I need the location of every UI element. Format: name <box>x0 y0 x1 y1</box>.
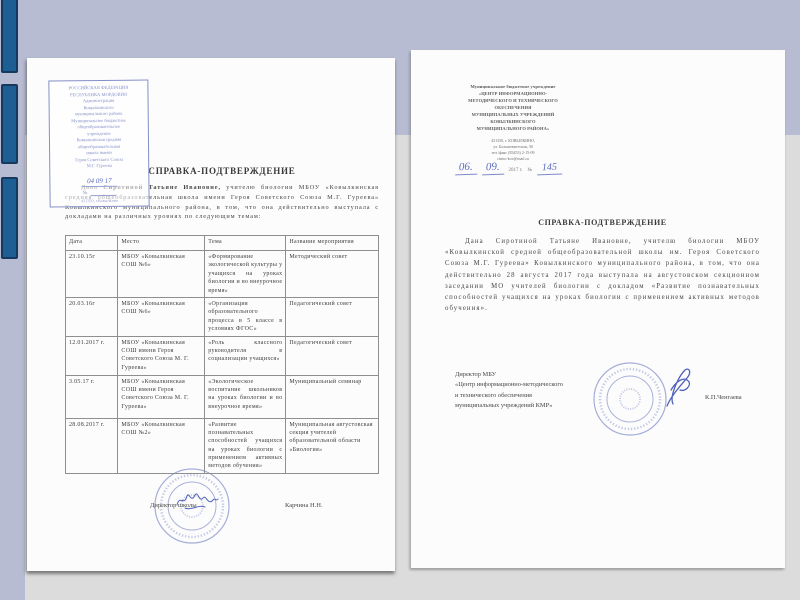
presentation-slide: РОССИЙСКАЯ ФЕДЕРАЦИЯ РЕСПУБЛИКА МОРДОВИЯ… <box>0 0 800 600</box>
table-cell: МБОУ «Ковылкинская СОШ имени Героя Совет… <box>118 375 205 418</box>
table-cell: 28.08.2017 г. <box>66 418 118 473</box>
accent-bar <box>1 84 18 164</box>
signature-role-block: Директор МБУ «Центр информационно-методи… <box>455 370 563 412</box>
reports-table: ДатаМестоТемаНазвание мероприятия23.10.1… <box>65 235 379 474</box>
table-cell: «Экологическое воспитание школьников на … <box>205 375 286 418</box>
table-header-row: ДатаМестоТемаНазвание мероприятия <box>66 236 379 251</box>
table-cell: МБОУ «Ковылкинская СОШ №2» <box>118 418 205 473</box>
table-cell: МБОУ «Ковылкинская СОШ имени Героя Совет… <box>118 336 205 375</box>
table-row: 28.08.2017 г.МБОУ «Ковылкинская СОШ №2»«… <box>66 418 379 473</box>
stamp-text: РОССИЙСКАЯ ФЕДЕРАЦИЯ РЕСПУБЛИКА МОРДОВИЯ… <box>51 85 146 171</box>
document-title: СПРАВКА-ПОДТВЕРЖДЕНИЕ <box>445 218 760 227</box>
accent-bar <box>1 177 18 259</box>
table-cell: «Роль классного руководителя в социализа… <box>205 336 286 375</box>
table-cell: «Организация образовательного процесса в… <box>205 297 286 336</box>
handwriting-line <box>90 190 116 196</box>
document-paragraph: Дана Сиротиной Татьяне Ивановне, учителю… <box>445 236 760 314</box>
table-cell: 23.10.15г <box>66 251 118 298</box>
accent-bar <box>1 0 18 73</box>
signature-person-name: К.П.Ченгаева <box>705 394 742 401</box>
table-header-cell: Тема <box>205 236 286 251</box>
director-signature <box>175 490 219 512</box>
rectangular-school-stamp: РОССИЙСКАЯ ФЕДЕРАЦИЯ РЕСПУБЛИКА МОРДОВИЯ… <box>48 79 149 207</box>
table-cell: «Формирование экологической культуры у у… <box>205 251 286 298</box>
number-sign: № <box>83 191 88 196</box>
table-cell: Муниципальная августовская секция учител… <box>286 418 379 473</box>
stamp-number-line: № <box>52 189 146 196</box>
table-cell: 12.01.2017 г. <box>66 336 118 375</box>
table-cell: 3.05.17 г. <box>66 375 118 418</box>
table-cell: «Развитие познавательных способностей уч… <box>205 418 286 473</box>
table-header-cell: Место <box>118 236 205 251</box>
table-row: 23.10.15гМБОУ «Ковылкинская СОШ №6»«Форм… <box>66 251 379 298</box>
table-row: 3.05.17 г.МБОУ «Ковылкинская СОШ имени Г… <box>66 375 379 418</box>
table-cell: Педагогический совет <box>286 297 379 336</box>
stamp-handwritten-date: 04 09 17 <box>52 169 146 188</box>
scanned-certificate-left: РОССИЙСКАЯ ФЕДЕРАЦИЯ РЕСПУБЛИКА МОРДОВИЯ… <box>27 58 395 571</box>
stamp-address-line: 431350, г.Ковылкино <box>53 197 147 203</box>
table-cell: 20.03.16г <box>66 297 118 336</box>
signature-person-name: Карчина Н.Н. <box>285 502 323 509</box>
table-row: 12.01.2017 г.МБОУ «Ковылкинская СОШ имен… <box>66 336 379 375</box>
scanned-certificate-right: Муниципальное бюджетное учреждение «ЦЕНТ… <box>411 50 785 568</box>
table-cell: Педагогический совет <box>286 336 379 375</box>
table-row: 20.03.16гМБОУ «Ковылкинская СОШ №6»«Орга… <box>66 297 379 336</box>
table-cell: Муниципальный семинар <box>286 375 379 418</box>
table-cell: МБОУ «Ковылкинская СОШ №6» <box>118 297 205 336</box>
round-stamp-icon <box>590 359 670 439</box>
director-signature <box>659 366 695 408</box>
table-header-cell: Название мероприятия <box>286 236 379 251</box>
table-cell: МБОУ «Ковылкинская СОШ №6» <box>118 251 205 298</box>
table-header-cell: Дата <box>66 236 118 251</box>
document-body: СПРАВКА-ПОДТВЕРЖДЕНИЕ Дана Сиротиной Тат… <box>445 50 760 314</box>
table-cell: Методический совет <box>286 251 379 298</box>
